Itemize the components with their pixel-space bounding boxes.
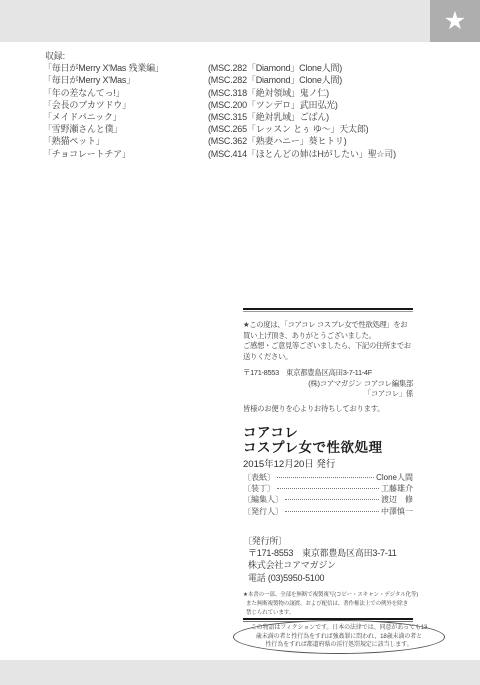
work-title: 「毎日がMerry X'Mas」 — [43, 74, 208, 86]
credit-name: 中澤慎一 — [381, 506, 413, 517]
thanks-note-line: 送りください。 — [243, 352, 413, 363]
work-source: (MSC.414「ほとんどの姉はHがしたい」聖☆司) — [208, 148, 396, 160]
closing-note: 皆様のお便りを心よりお待ちしております。 — [243, 404, 413, 415]
work-title: 「会長のブカツドウ」 — [43, 99, 208, 111]
disclaimer-line: 性行為をすれば都道府県の淫行処罰規定に該当します。 — [265, 641, 412, 650]
copyright-notice: ★本書の一部、全部を無断で複製複写(コピー・スキャン・デジタル化等) また無断複… — [243, 591, 413, 617]
credit-row: 〔編集人〕 渡辺 修 — [243, 494, 413, 505]
work-title: 「メイドパニック」 — [43, 111, 208, 123]
work-source: (MSC.265「レッスン とぅ ゆ〜」天太郎) — [208, 123, 368, 135]
publication-title-line1: コアコレ — [243, 425, 413, 441]
work-title: 「熟猫ペット」 — [43, 135, 208, 147]
work-source: (MSC.200「ツンデロ」武田弘光) — [208, 99, 338, 111]
contents-row: 「毎日がMerry X'Mas」 (MSC.282「Diamond」Clone人… — [43, 74, 463, 86]
contents-row: 「雪野瀬さんと僕」 (MSC.265「レッスン とぅ ゆ〜」天太郎) — [43, 123, 463, 135]
contents-heading: 収録: — [45, 50, 463, 62]
fiction-disclaimer: この物語はフィクションです。日本の法律では、同意があっても13 歳未満の者と性行… — [233, 620, 445, 654]
disclaimer-line: 歳未満の者と性行為をすれば強姦罪に問われ、18歳未満の者と — [256, 633, 422, 642]
thanks-note-line: ★この度は、「コアコレ コスプレ女で性欲処理」をお — [243, 320, 413, 331]
dot-leader — [277, 488, 379, 489]
thanks-note: ★この度は、「コアコレ コスプレ女で性欲処理」をお 買い上げ頂き、ありがとうござ… — [243, 320, 413, 363]
work-source: (MSC.318「絶対領域」鬼ノ仁) — [208, 87, 329, 99]
contents-row: 「熟猫ペット」 (MSC.362「熟妻ハニー」葵ヒトリ) — [43, 135, 463, 147]
thanks-note-line: ご感想・ご意見等ございましたら、下記の住所までお — [243, 341, 413, 352]
dot-leader — [277, 477, 374, 478]
credit-row: 〔装丁〕 工藤雄介 — [243, 483, 413, 494]
work-title: 「毎日がMerry X'Mas 残業編」 — [43, 62, 208, 74]
credit-row: 〔表紙〕 Clone人間 — [243, 472, 413, 483]
contents-row: 「会長のブカツドウ」 (MSC.200「ツンデロ」武田弘光) — [43, 99, 463, 111]
work-source: (MSC.282「Diamond」Clone人間) — [208, 74, 342, 86]
favorite-star-button[interactable]: ★ — [430, 0, 480, 42]
divider-top — [243, 308, 413, 312]
publisher-label: 〔発行所〕 — [243, 535, 413, 547]
credit-name: 工藤雄介 — [381, 483, 413, 494]
mailing-postal: 〒171-8553 東京都豊島区高田3-7-11-4F — [243, 368, 413, 379]
credit-name: 渡辺 修 — [381, 494, 413, 505]
credit-name: Clone人間 — [376, 472, 413, 483]
mailing-section: 「コアコレ」係 — [243, 389, 413, 400]
credit-role: 〔編集人〕 — [243, 494, 283, 505]
thanks-note-line: 買い上げ頂き、ありがとうございました。 — [243, 331, 413, 342]
star-icon: ★ — [444, 9, 466, 34]
copyright-line: また無断複製物の譲渡、および配信は、著作権法上での例外を除き — [243, 600, 413, 609]
mailing-dept: (株)コアマガジン コアコレ編集部 — [243, 379, 413, 390]
credit-role: 〔発行人〕 — [243, 506, 283, 517]
publisher-postal: 〒171-8553 東京都豊島区高田3-7-11 — [243, 547, 413, 559]
copyright-line: 禁じられています。 — [243, 609, 413, 618]
contents-row: 「チョコレートチア」 (MSC.414「ほとんどの姉はHがしたい」聖☆司) — [43, 148, 463, 160]
publication-title: コアコレ コスプレ女で性欲処理 — [243, 425, 413, 456]
credits-list: 〔表紙〕 Clone人間 〔装丁〕 工藤雄介 〔編集人〕 渡辺 修 〔発行人〕 … — [243, 472, 413, 517]
disclaimer-line: この物語はフィクションです。日本の法律では、同意があっても13 — [251, 624, 427, 633]
dot-leader — [285, 499, 379, 500]
work-title: 「年の差なんてっ!」 — [43, 87, 208, 99]
publisher-block: 〔発行所〕 〒171-8553 東京都豊島区高田3-7-11 株式会社コアマガジ… — [243, 535, 413, 584]
contents-row: 「年の差なんてっ!」 (MSC.318「絶対領域」鬼ノ仁) — [43, 87, 463, 99]
credit-row: 〔発行人〕 中澤慎一 — [243, 506, 413, 517]
mailing-address: 〒171-8553 東京都豊島区高田3-7-11-4F (株)コアマガジン コア… — [243, 368, 413, 400]
copyright-line: ★本書の一部、全部を無断で複製複写(コピー・スキャン・デジタル化等) — [243, 591, 413, 600]
publication-title-line2: コスプレ女で性欲処理 — [243, 440, 413, 456]
contents-row: 「毎日がMerry X'Mas 残業編」 (MSC.282「Diamond」Cl… — [43, 62, 463, 74]
dot-leader — [285, 511, 379, 512]
work-source: (MSC.282「Diamond」Clone人間) — [208, 62, 342, 74]
work-title: 「雪野瀬さんと僕」 — [43, 123, 208, 135]
work-source: (MSC.362「熟妻ハニー」葵ヒトリ) — [208, 135, 347, 147]
publisher-name: 株式会社コアマガジン — [243, 559, 413, 571]
work-source: (MSC.315「絶対乳域」ごばん) — [208, 111, 329, 123]
work-title: 「チョコレートチア」 — [43, 148, 208, 160]
credit-role: 〔装丁〕 — [243, 483, 275, 494]
contents-list: 収録: 「毎日がMerry X'Mas 残業編」 (MSC.282「Diamon… — [43, 50, 463, 160]
publisher-phone: 電話 (03)5950-5100 — [243, 572, 413, 584]
colophon-column: ★この度は、「コアコレ コスプレ女で性欲処理」をお 買い上げ頂き、ありがとうござ… — [243, 308, 413, 622]
contents-row: 「メイドパニック」 (MSC.315「絶対乳域」ごばん) — [43, 111, 463, 123]
publication-date: 2015年12月20日 発行 — [243, 459, 413, 470]
credit-role: 〔表紙〕 — [243, 472, 275, 483]
